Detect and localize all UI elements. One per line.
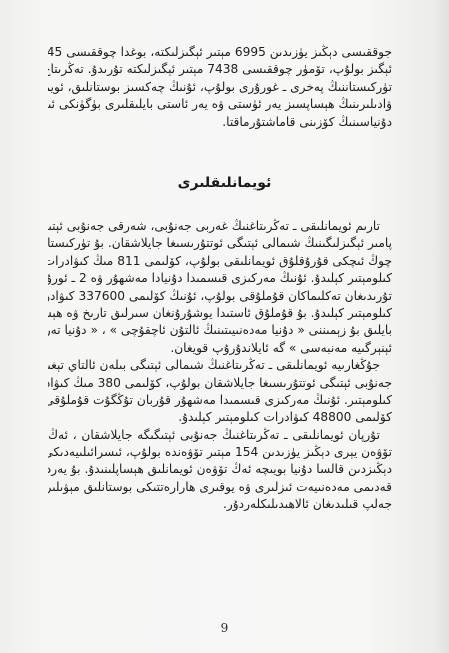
text-line: تارىم ئويمانلىقى ـ تەڭرىتاغنىڭ غەربى جەن…: [48, 218, 392, 235]
text-line: بايلىق بۇ زېمىننى « دۇنيا مەدەنىيىتىنىڭ …: [48, 322, 392, 339]
text-line: كۆلىمى 48800 كىۋادرات كىلومېتىر كېلىدۇ.: [48, 409, 392, 426]
text-line: چوڭ ئىچكى قۇرۇقلۇق ئويمانلىقى بولۇپ، كۆل…: [48, 253, 392, 270]
text-line: جوققىسى دېڭىز يۈزىدىن 6995 مېتىر ئېگىزلى…: [48, 44, 392, 61]
text-line: جەلپ قىلىدىغان ئالاھىدىلىكلەردۇر.: [48, 496, 392, 513]
text-line: تۆۋەن يېرى دېڭىز يۈزىدىن 154 مېتىر تۆۋەن…: [48, 444, 392, 461]
section-body: تارىم ئويمانلىقى ـ تەڭرىتاغنىڭ غەربى جەن…: [48, 218, 392, 514]
text-line: قەدىمى مەدەنىيەت ئىزلىرى ۋە يوقىرى ھارار…: [48, 479, 392, 496]
text-line: جۇڭغارىيە ئويمانلىقى ـ تەڭرىتاغنىڭ شىمال…: [48, 357, 392, 374]
text-line: كىلومېتىر كېلىدۇ. ئۇنىڭ مەركىزى قىسمىدا …: [48, 270, 392, 287]
text-line: دېڭىزدىن قالسا دۇنيا بويىچە ئەڭ تۆۋەن ئو…: [48, 461, 392, 478]
section-heading: ئويمانلىقلىرى: [0, 175, 449, 191]
text-line: ۋادىلىرىنىڭ ھېساپسىز يەر ئۈستى ۋە يەر ئا…: [48, 96, 392, 113]
text-line: پامىر ئېگىزلىگىنىڭ شىمالى ئېتىگى ئوتتۇرى…: [48, 235, 392, 252]
intro-paragraph: جوققىسى دېڭىز يۈزىدىن 6995 مېتىر ئېگىزلى…: [48, 44, 392, 131]
text-line: كىلومېتىر كېلىدۇ. بۇ قۇملۇق ئاستىدا يوشۇ…: [48, 305, 392, 322]
text-line: دۇنياسىنىڭ كۆزىنى قاماشتۇرماقتا.: [48, 114, 392, 131]
text-line: تۇرىدىغان تەكلىماكان قۇملۇقى بولۇپ، ئۇنى…: [48, 288, 392, 305]
text-line: كىلومېتىر. ئۇنىڭ مەركىزى قىسمىدا مەشھۇر …: [48, 392, 392, 409]
text-line: تۇرپان ئويمانلىقى ـ تەڭرىتاغنىڭ جەنۇبى ئ…: [48, 427, 392, 444]
paragraph-turpan-basin: تۇرپان ئويمانلىقى ـ تەڭرىتاغنىڭ جەنۇبى ئ…: [48, 427, 392, 514]
text-line: جەنۇبى ئېتىگى ئوتتۇرىسىغا جايلاشقان بولۇ…: [48, 375, 392, 392]
text-line: ئېنېرگىيە مەنبەسى » گە ئايلاندۇرۇپ قويغا…: [48, 340, 392, 357]
text-line: ئېگىز بولۇپ، تۆمۈر چوققىسى 7438 مېتىر ئې…: [48, 61, 392, 78]
paragraph-tarim-basin: تارىم ئويمانلىقى ـ تەڭرىتاغنىڭ غەربى جەن…: [48, 218, 392, 357]
text-line: تۈركىستاننىڭ پەخرى ـ غورۇرى بولۇپ، ئۇنىڭ…: [48, 79, 392, 96]
paragraph-junggar-basin: جۇڭغارىيە ئويمانلىقى ـ تەڭرىتاغنىڭ شىمال…: [48, 357, 392, 427]
page-number: 9: [0, 621, 449, 635]
